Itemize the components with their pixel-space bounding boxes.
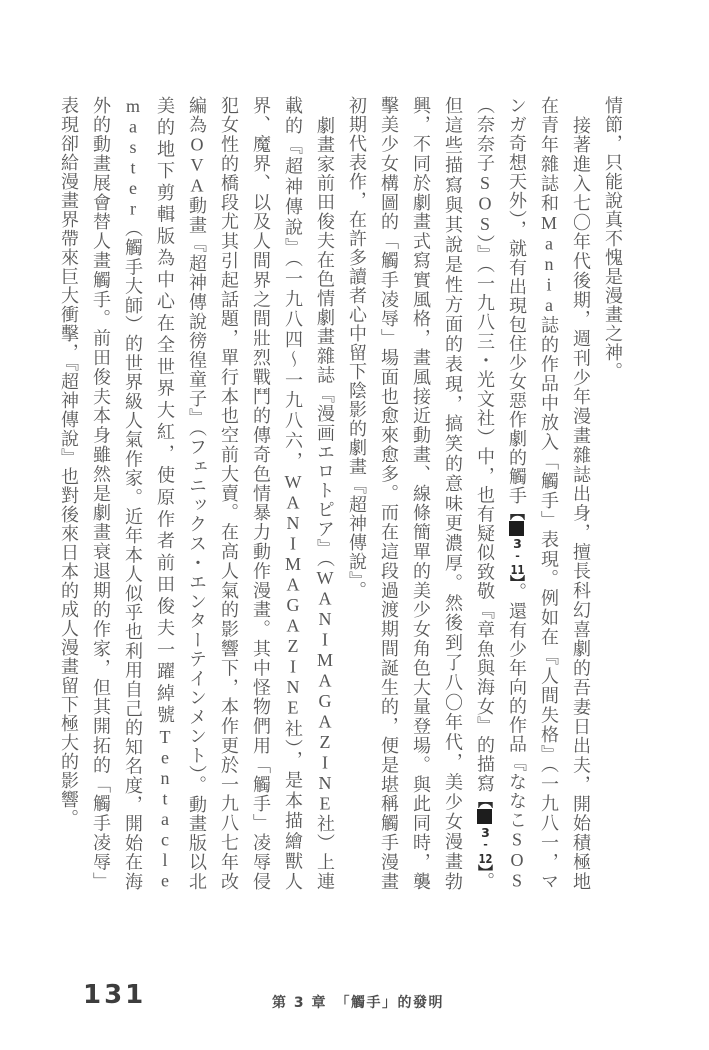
figref-open-bracket-icon: 【 <box>476 793 494 808</box>
page-number: 131 <box>83 980 146 1010</box>
paragraph: 情節，只能說真不愧是漫畫之神。 <box>597 96 629 891</box>
latin-text-run: WANIMAGAZINE <box>283 472 303 718</box>
figure-reference: 【圖3-12】 <box>477 793 493 872</box>
figref-dash: - <box>479 838 492 851</box>
figure-label-box-icon: 圖 <box>477 809 492 824</box>
figref-number: 12 <box>478 851 493 864</box>
figref-number: 3 <box>478 825 493 838</box>
book-page: 情節，只能說真不愧是漫畫之神。接著進入七〇年代後期，週刊少年漫畫雜誌出身，擅長科… <box>0 0 709 1050</box>
latin-text-run: SOS <box>475 173 495 235</box>
chapter-running-title: 第 3 章 「觸手」的發明 <box>272 992 444 1012</box>
figure-label-box-icon: 圖 <box>509 521 524 536</box>
main-text-block: 情節，只能說真不愧是漫畫之神。接著進入七〇年代後期，週刊少年漫畫雜誌出身，擅長科… <box>53 96 629 891</box>
latin-text-run: Tentacle master <box>123 96 175 891</box>
latin-text-run: OVA <box>187 135 207 197</box>
latin-text-run: SOS <box>507 830 527 892</box>
figref-dash: - <box>511 550 524 563</box>
paragraph: 接著進入七〇年代後期，週刊少年漫畫雜誌出身，擅長科幻喜劇的吾妻日出夫，開始積極地… <box>341 96 597 891</box>
latin-text-run: Mania <box>539 213 559 316</box>
paragraph: 劇畫家前田俊夫在色情劇畫雜誌『漫画エロトピア』（WANIMAGAZINE社）上連… <box>53 96 341 891</box>
figref-open-bracket-icon: 【 <box>508 505 526 520</box>
latin-text-run: WANIMAGAZINE <box>315 568 335 814</box>
figref-close-bracket-icon: 】 <box>508 575 526 583</box>
figref-close-bracket-icon: 】 <box>476 864 494 872</box>
figref-number: 3 <box>510 537 525 550</box>
figref-number: 11 <box>510 563 525 576</box>
figure-reference: 【圖3-11】 <box>509 505 525 583</box>
